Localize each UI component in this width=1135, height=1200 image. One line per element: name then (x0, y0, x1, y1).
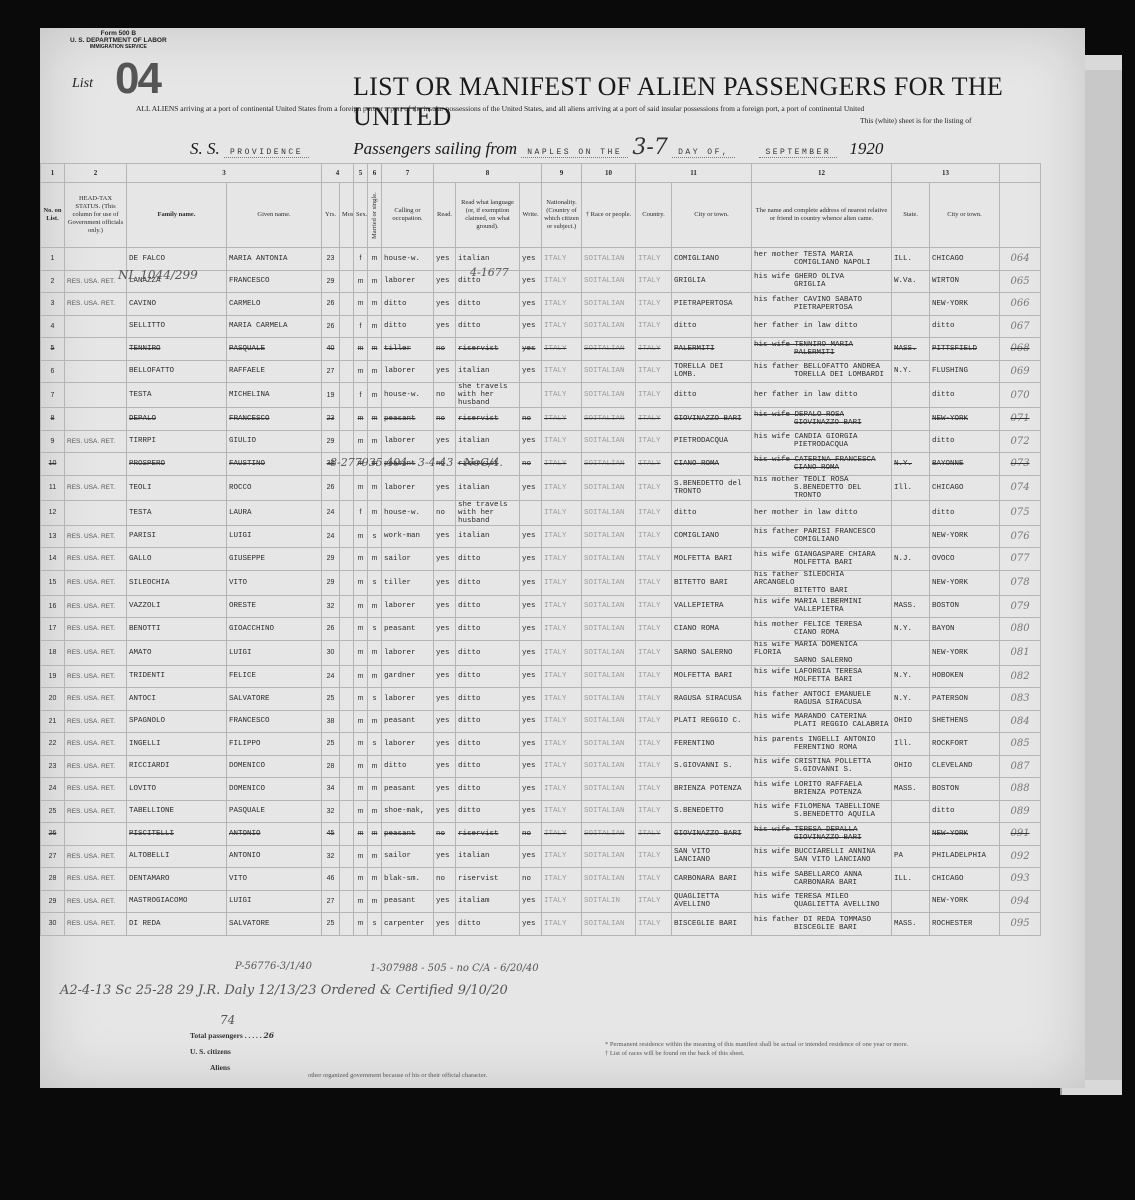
sex: m (354, 890, 368, 913)
given-name: FRANCESCO (227, 710, 322, 733)
col-num: 4 (322, 164, 354, 183)
country: ITALY (636, 338, 672, 361)
country: ITALY (636, 868, 672, 891)
row-number: 13 (41, 525, 65, 548)
sequence-number: 064 (1000, 248, 1041, 271)
marital-status: m (368, 475, 382, 500)
country: ITALY (636, 475, 672, 500)
marital-status: s (368, 688, 382, 711)
nationality: ITALY (542, 360, 582, 383)
table-row: 3RES. USA. RET.CAVINOCARMELO26mmdittoyes… (41, 293, 1041, 316)
family-name: DEPALO (127, 408, 227, 431)
destination-city: ditto (930, 383, 1000, 408)
age-months (340, 755, 354, 778)
relative-address: PALERMITI (754, 349, 889, 357)
marital-status: m (368, 430, 382, 453)
sex: m (354, 618, 368, 641)
head-tax-status: RES. USA. RET. (65, 733, 127, 756)
can-write: yes (520, 755, 542, 778)
annotation-row29: P-56776-3/1/40 (235, 961, 312, 972)
family-name: DI REDA (127, 913, 227, 936)
age-months (340, 293, 354, 316)
read-language: ditto (456, 913, 520, 936)
occupation: laborer (382, 430, 434, 453)
given-name: FRANCESCO (227, 408, 322, 431)
family-name: PISCITELLI (127, 823, 227, 846)
sex: m (354, 525, 368, 548)
nearest-relative: his wife TERESA DEPALLAGIOVINAZZO BARI (752, 823, 892, 846)
last-residence-city: GIOVINAZZO BARI (672, 408, 752, 431)
head-tax-status: RES. USA. RET. (65, 618, 127, 641)
destination-state (892, 408, 930, 431)
destination-city: ROCKFORT (930, 733, 1000, 756)
col-num: 1 (41, 164, 65, 183)
family-name: CAVINO (127, 293, 227, 316)
sequence-number: 095 (1000, 913, 1041, 936)
can-write (520, 383, 542, 408)
head-tax-status: RES. USA. RET. (65, 868, 127, 891)
destination-state: ILL. (892, 868, 930, 891)
row-number: 3 (41, 293, 65, 316)
age-years: 19 (322, 383, 340, 408)
row-number: 21 (41, 710, 65, 733)
can-read: no (434, 338, 456, 361)
last-residence-city: TORELLA DEI LOMB. (672, 360, 752, 383)
last-residence-city: PLATI REGGIO C. (672, 710, 752, 733)
nearest-relative: his father ANTOCI EMANUELERAGUSA SIRACUS… (752, 688, 892, 711)
nationality: ITALY (542, 430, 582, 453)
read-language: italian (456, 525, 520, 548)
col-num: 5 (354, 164, 368, 183)
column-number-row: 1 2 3 4 5 6 7 8 9 10 11 12 13 (41, 164, 1041, 183)
nearest-relative: his father SILEOCHIA ARCANGELOBITETTO BA… (752, 570, 892, 595)
nearest-relative: his father PARISI FRANCESCOCOMIGLIANO (752, 525, 892, 548)
sequence-number: 082 (1000, 665, 1041, 688)
nationality: ITALY (542, 408, 582, 431)
given-name: LUIGI (227, 640, 322, 665)
header-read-language: Read what language (or, if exemption cla… (456, 183, 520, 248)
sex: f (354, 383, 368, 408)
relative-address: S.BENEDETTO DEL TRONTO (754, 484, 889, 500)
read-language: ditto (456, 640, 520, 665)
sequence-number: 091 (1000, 823, 1041, 846)
read-language: ditto (456, 595, 520, 618)
relative-address: SARNO SALERNO (754, 657, 889, 665)
age-months (340, 665, 354, 688)
age-years: 29 (322, 430, 340, 453)
table-row: 12TESTALAURA24fmhouse-w.noshe travels wi… (41, 500, 1041, 525)
head-tax-status: RES. USA. RET. (65, 755, 127, 778)
occupation: house-w. (382, 500, 434, 525)
race: SOITALIAN (582, 383, 636, 408)
head-tax-status (65, 383, 127, 408)
country: ITALY (636, 778, 672, 801)
family-name: BELLOFATTO (127, 360, 227, 383)
header-state: State. (892, 183, 930, 248)
given-name: MARIA ANTONIA (227, 248, 322, 271)
sex: m (354, 430, 368, 453)
table-row: 21RES. USA. RET.SPAGNOLOFRANCESCO38mmpea… (41, 710, 1041, 733)
marital-status: m (368, 270, 382, 293)
marital-status: m (368, 548, 382, 571)
marital-status: m (368, 315, 382, 338)
row-number: 22 (41, 733, 65, 756)
sequence-number: 088 (1000, 778, 1041, 801)
destination-state (892, 293, 930, 316)
last-residence-city: MOLFETTA BARI (672, 548, 752, 571)
sex: m (354, 640, 368, 665)
annotation-tally: 74 (220, 1013, 235, 1027)
sex: f (354, 248, 368, 271)
country: ITALY (636, 890, 672, 913)
can-write: yes (520, 640, 542, 665)
sex: m (354, 800, 368, 823)
country: ITALY (636, 500, 672, 525)
can-read: yes (434, 293, 456, 316)
occupation: laborer (382, 733, 434, 756)
relative-address: COMIGLIANO (754, 536, 889, 544)
age-months (340, 800, 354, 823)
row-number: 9 (41, 430, 65, 453)
department-name: U. S. DEPARTMENT OF LABOR (70, 37, 167, 44)
nationality: ITALY (542, 270, 582, 293)
age-years: 27 (322, 890, 340, 913)
given-name: ANTONIO (227, 845, 322, 868)
age-years: 28 (322, 755, 340, 778)
age-years: 45 (322, 823, 340, 846)
can-write: no (520, 868, 542, 891)
occupation: laborer (382, 595, 434, 618)
marital-status: s (368, 733, 382, 756)
destination-state (892, 890, 930, 913)
read-language: ditto (456, 778, 520, 801)
us-citizens-label: U. S. citizens (190, 1044, 274, 1060)
read-language: ditto (456, 710, 520, 733)
table-row: 17RES. USA. RET.BENOTTIGIOACCHINO26mspea… (41, 618, 1041, 641)
header-head-tax: HEAD-TAX STATUS. (This column for use of… (65, 183, 127, 248)
sex: m (354, 913, 368, 936)
given-name: MARIA CARMELA (227, 315, 322, 338)
race: SOITALIAN (582, 640, 636, 665)
marital-status: m (368, 640, 382, 665)
sequence-number: 081 (1000, 640, 1041, 665)
sex: m (354, 548, 368, 571)
age-months (340, 525, 354, 548)
header-age-mos: Mos. (340, 183, 354, 248)
row-number: 12 (41, 500, 65, 525)
nearest-relative: his wife SABELLARCO ANNACARBONARA BARI (752, 868, 892, 891)
can-read: yes (434, 890, 456, 913)
occupation: sailor (382, 548, 434, 571)
given-name: GIOACCHINO (227, 618, 322, 641)
subtitle: ALL ALIENS arriving at a port of contine… (136, 104, 1041, 113)
last-residence-city: FERENTINO (672, 733, 752, 756)
destination-city: CLEVELAND (930, 755, 1000, 778)
race: SOITALIAN (582, 733, 636, 756)
sequence-number: 075 (1000, 500, 1041, 525)
can-read: no (434, 823, 456, 846)
last-residence-city: BITETTO BARI (672, 570, 752, 595)
can-read: no (434, 408, 456, 431)
can-write: yes (520, 293, 542, 316)
age-months (340, 845, 354, 868)
occupation: laborer (382, 270, 434, 293)
age-months (340, 360, 354, 383)
nationality: ITALY (542, 688, 582, 711)
head-tax-status (65, 248, 127, 271)
can-read: yes (434, 595, 456, 618)
occupation: laborer (382, 360, 434, 383)
last-residence-city: MOLFETTA BARI (672, 665, 752, 688)
can-write: no (520, 408, 542, 431)
last-residence-city: VALLEPIETRA (672, 595, 752, 618)
nearest-relative: his wife TERESA MILEOQUAGLIETTA AVELLINO (752, 890, 892, 913)
family-name: BENOTTI (127, 618, 227, 641)
row-number: 17 (41, 618, 65, 641)
country: ITALY (636, 408, 672, 431)
destination-city: ditto (930, 800, 1000, 823)
list-label: List (72, 76, 93, 92)
destination-state: MASS. (892, 913, 930, 936)
nationality: ITALY (542, 710, 582, 733)
age-years: 29 (322, 548, 340, 571)
annotation-row29-cert: 1-307988 - 505 - no C/A - 6/20/40 (370, 963, 539, 974)
can-read: yes (434, 548, 456, 571)
ship-line: S. S. PROVIDENCE Passengers sailing from… (190, 135, 883, 160)
destination-state: Ill. (892, 475, 930, 500)
can-read: yes (434, 688, 456, 711)
header-race: † Race or people. (582, 183, 636, 248)
destination-city: ditto (930, 500, 1000, 525)
destination-city: PITTSFIELD (930, 338, 1000, 361)
sequence-number: 085 (1000, 733, 1041, 756)
relative-address: GRIGLIA (754, 281, 889, 289)
col-num: 10 (582, 164, 636, 183)
destination-state: ILL. (892, 248, 930, 271)
race: SOITALIAN (582, 570, 636, 595)
official-note: other organized government because of hi… (308, 1071, 487, 1080)
family-name: MASTROGIACOMO (127, 890, 227, 913)
head-tax-status: RES. USA. RET. (65, 640, 127, 665)
can-read: no (434, 383, 456, 408)
occupation: peasant (382, 408, 434, 431)
destination-city: NEW-YORK (930, 408, 1000, 431)
occupation: tiller (382, 338, 434, 361)
sex: m (354, 823, 368, 846)
age-years: 26 (322, 315, 340, 338)
marital-status: s (368, 913, 382, 936)
form-department: Form 500 B U. S. DEPARTMENT OF LABOR IMM… (70, 30, 167, 51)
given-name: PASQUALE (227, 800, 322, 823)
can-read: yes (434, 270, 456, 293)
nearest-relative: her mother in law ditto (752, 500, 892, 525)
given-name: FILIPPO (227, 733, 322, 756)
table-row: 10PROSPEROFAUSTINO32mmpeasantnoriservist… (41, 453, 1041, 476)
last-residence-city: CIANO ROMA (672, 453, 752, 476)
age-months (340, 890, 354, 913)
head-tax-status: RES. USA. RET. (65, 570, 127, 595)
destination-city: PATERSON (930, 688, 1000, 711)
race: SOITALIAN (582, 548, 636, 571)
sex: m (354, 475, 368, 500)
marital-status: m (368, 383, 382, 408)
destination-state: Ill. (892, 733, 930, 756)
given-name: GIUSEPPE (227, 548, 322, 571)
head-tax-status: RES. USA. RET. (65, 778, 127, 801)
family-name: ANTOCI (127, 688, 227, 711)
nearest-relative: his wife TENNIRO MARIAPALERMITI (752, 338, 892, 361)
occupation: carpenter (382, 913, 434, 936)
given-name: DOMENICO (227, 755, 322, 778)
given-name: GIULIO (227, 430, 322, 453)
destination-state: OHIO (892, 710, 930, 733)
read-language: italiam (456, 890, 520, 913)
read-language: she travels with her husband (456, 500, 520, 525)
header-age-yrs: Yrs. (322, 183, 340, 248)
header-family-name: Family name. (127, 183, 227, 248)
nearest-relative: his father BELLOFATTO ANDREATORELLA DEI … (752, 360, 892, 383)
row-number: 15 (41, 570, 65, 595)
sequence-number: 079 (1000, 595, 1041, 618)
can-write: yes (520, 710, 542, 733)
read-language: ditto (456, 665, 520, 688)
annotation-row8: 8-277935 404 - 3-4-43 - NoC/4. (330, 456, 503, 469)
marital-status: s (368, 570, 382, 595)
row-number: 8 (41, 408, 65, 431)
given-name: VITO (227, 868, 322, 891)
relative-address: RAGUSA SIRACUSA (754, 699, 889, 707)
head-tax-status: RES. USA. RET. (65, 845, 127, 868)
nearest-relative: his wife MARANDO CATERINAPLATI REGGIO CA… (752, 710, 892, 733)
last-residence-city: PALERMITI (672, 338, 752, 361)
header-no-on-list: No. on List. (41, 183, 65, 248)
destination-state: N.Y. (892, 360, 930, 383)
table-row: 22RES. USA. RET.INGELLIFILIPPO25mslabore… (41, 733, 1041, 756)
race: SOITALIAN (582, 475, 636, 500)
table-row: 30RES. USA. RET.DI REDASALVATORE25mscarp… (41, 913, 1041, 936)
last-residence-city: BISCEGLIE BARI (672, 913, 752, 936)
destination-city: NEW-YORK (930, 823, 1000, 846)
nationality: ITALY (542, 570, 582, 595)
head-tax-status: RES. USA. RET. (65, 548, 127, 571)
family-name: TESTA (127, 500, 227, 525)
country: ITALY (636, 913, 672, 936)
destination-city: ditto (930, 430, 1000, 453)
destination-city: NEW-YORK (930, 293, 1000, 316)
ss-label: S. S. (190, 139, 220, 158)
nationality: ITALY (542, 913, 582, 936)
marital-status: m (368, 710, 382, 733)
sex: m (354, 688, 368, 711)
destination-state (892, 640, 930, 665)
row-number: 20 (41, 688, 65, 711)
race: SOITALIAN (582, 270, 636, 293)
table-row: 27RES. USA. RET.ALTOBELLIANTONIO32mmsail… (41, 845, 1041, 868)
relative-address: FERENTINO ROMA (754, 744, 889, 752)
can-write: yes (520, 360, 542, 383)
destination-city: BOSTON (930, 778, 1000, 801)
row-number: 4 (41, 315, 65, 338)
relative-address: BISCEGLIE BARI (754, 924, 889, 932)
age-months (340, 430, 354, 453)
table-row: 8DEPALOFRANCESCO23mmpeasantnoriservistno… (41, 408, 1041, 431)
head-tax-status: RES. USA. RET. (65, 710, 127, 733)
annotation-row1-lang: 4-1677 (470, 266, 509, 279)
last-residence-city: SARNO SALERNO (672, 640, 752, 665)
age-years: 27 (322, 360, 340, 383)
given-name: FRANCESCO (227, 270, 322, 293)
nationality: ITALY (542, 890, 582, 913)
nationality: ITALY (542, 800, 582, 823)
read-language: ditto (456, 688, 520, 711)
marital-status: m (368, 595, 382, 618)
nationality: ITALY (542, 733, 582, 756)
last-residence-city: COMIGLIANO (672, 248, 752, 271)
nationality: ITALY (542, 293, 582, 316)
destination-city: CHICAGO (930, 475, 1000, 500)
last-residence-city: COMIGLIANO (672, 525, 752, 548)
family-name: ALTOBELLI (127, 845, 227, 868)
given-name: CARMELO (227, 293, 322, 316)
occupation: peasant (382, 823, 434, 846)
nearest-relative: her mother TESTA MARIACOMIGLIANO NAPOLI (752, 248, 892, 271)
can-read: yes (434, 733, 456, 756)
destination-city: CHICAGO (930, 248, 1000, 271)
nationality: ITALY (542, 845, 582, 868)
relative-address: BRIENZA POTENZA (754, 789, 889, 797)
country: ITALY (636, 293, 672, 316)
given-name: PASQUALE (227, 338, 322, 361)
destination-city: WIRTON (930, 270, 1000, 293)
age-months (340, 868, 354, 891)
header-blank (1000, 183, 1041, 248)
race: SOITALIAN (582, 913, 636, 936)
header-dest-city: City or town. (930, 183, 1000, 248)
read-language: riservist (456, 408, 520, 431)
head-tax-status (65, 823, 127, 846)
sequence-number: 083 (1000, 688, 1041, 711)
nearest-relative: his wife CATERINA FRANCESCACIANO ROMA (752, 453, 892, 476)
destination-city: HOBOKEN (930, 665, 1000, 688)
table-row: 29RES. USA. RET.MASTROGIACOMOLUIGI27mmpe… (41, 890, 1041, 913)
col-num: 2 (65, 164, 127, 183)
occupation: shoe-mak, (382, 800, 434, 823)
header-write: Write. (520, 183, 542, 248)
marital-status: s (368, 618, 382, 641)
can-write: no (520, 823, 542, 846)
occupation: tiller (382, 570, 434, 595)
nearest-relative: her father in law ditto (752, 315, 892, 338)
given-name: ANTONIO (227, 823, 322, 846)
occupation: peasant (382, 890, 434, 913)
can-read: yes (434, 475, 456, 500)
last-residence-city: GRIGLIA (672, 270, 752, 293)
row-number: 27 (41, 845, 65, 868)
relative-address: MOLFETTA BARI (754, 559, 889, 567)
aliens-label: Aliens (190, 1060, 274, 1076)
row-number: 19 (41, 665, 65, 688)
table-row: 26PISCITELLIANTONIO45mmpeasantnoriservis… (41, 823, 1041, 846)
race: SOITALIAN (582, 293, 636, 316)
country: ITALY (636, 823, 672, 846)
country: ITALY (636, 315, 672, 338)
column-header-row: No. on List. HEAD-TAX STATUS. (This colu… (41, 183, 1041, 248)
can-write: yes (520, 595, 542, 618)
country: ITALY (636, 618, 672, 641)
country: ITALY (636, 665, 672, 688)
country: ITALY (636, 845, 672, 868)
table-row: 28RES. USA. RET.DENTAMAROVITO46mmblak-sm… (41, 868, 1041, 891)
